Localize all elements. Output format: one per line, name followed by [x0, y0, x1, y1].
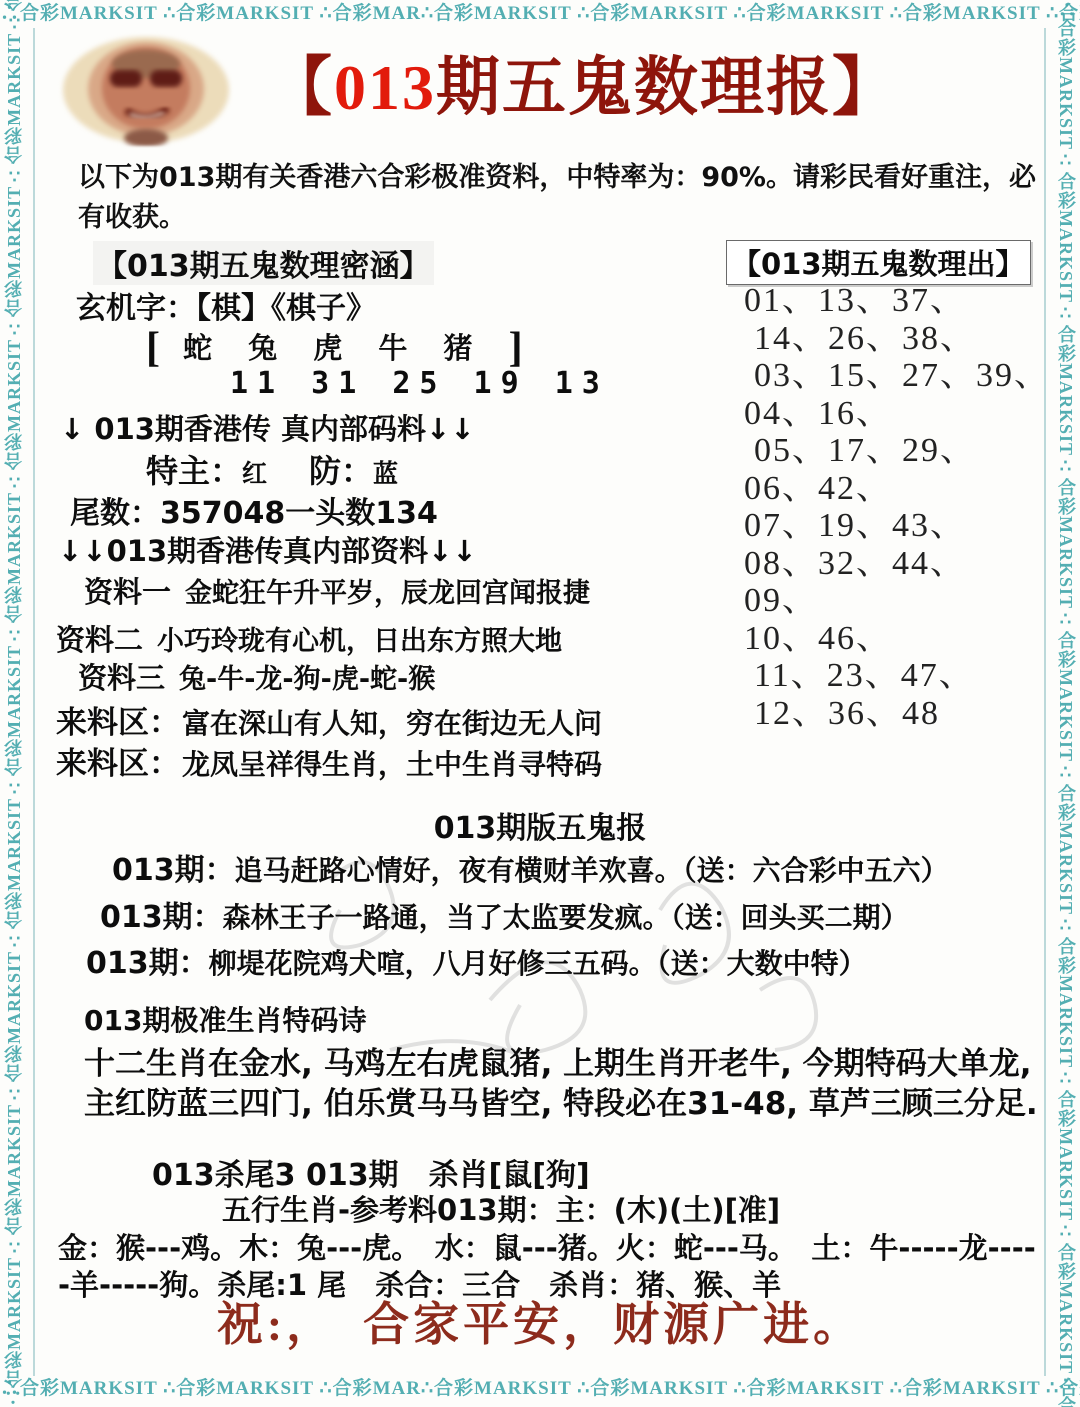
five-elements-header-line: 五行生肖-参考料013期：主：(木)(土)[准]	[222, 1188, 780, 1229]
output-row: 06、42、	[744, 470, 1044, 508]
output-row: 14、26、38、	[744, 320, 1044, 358]
title-issue-number: 013	[334, 52, 436, 123]
incoming-row-2-text: 龙凤呈祥得生肖，土中生肖寻特码	[182, 748, 602, 781]
output-row: 05、17、29、	[744, 432, 1044, 470]
info-row-3-text: 兔-牛-龙-狗-虎-蛇-猴	[179, 664, 435, 695]
info-row-3-label: 资料三	[78, 661, 165, 695]
hk-code-header: ↓ 013期香港传 真内部码料↓↓	[60, 407, 475, 448]
zodiac-close-bracket: ]	[509, 325, 523, 371]
title-main-text: 期五鬼数理报	[436, 52, 832, 123]
output-number-list: 01、13、37、 14、26、38、 03、15、27、39、 04、16、 …	[744, 282, 1044, 732]
zodiac-poem-heading: 013期极准生肖特码诗	[84, 999, 366, 1039]
tezhu-label: 特主：	[146, 452, 242, 490]
title-close-bracket: 】	[832, 52, 898, 123]
five-elements-map-line-1: 金：猴---鸡。木：兔---虎。 水：鼠---猪。火：蛇---马。 土：牛---…	[58, 1226, 1036, 1267]
page-title: 【013期五鬼数理报】	[268, 42, 858, 134]
zodiac-open-bracket: [	[146, 325, 160, 371]
border-pattern-top: ∴合彩MARKSIT ∴合彩MARKSIT ∴合彩MAR∴合彩MARKSIT ∴…	[0, 0, 1080, 30]
info-row-2: 资料二小巧玲珑有心机，日出东方照大地	[56, 618, 562, 659]
ghost-report-line-2-text: 森林王子一路通，当了太监要发疯。（送：回头买二期）	[223, 901, 909, 934]
output-row: 11、23、47、	[744, 657, 1044, 695]
ghost-report-line-3-text: 柳堤花院鸡犬喧，八月好修三五码。（送：大数中特）	[209, 947, 867, 980]
zodiac-list: 蛇 兔 虎 牛 猪	[183, 331, 485, 365]
output-row: 09、	[744, 582, 1044, 620]
ghost-report-heading: 013期版五鬼报	[60, 803, 1020, 847]
fang-label: 防：	[309, 452, 373, 490]
info-row-1-label: 资料一	[84, 575, 171, 609]
output-row: 07、19、43、	[744, 507, 1044, 545]
secret-panel-heading: 【013期五鬼数理密涵】	[93, 241, 434, 285]
border-pattern-bottom: ∴合彩MARKSIT ∴合彩MARKSIT ∴合彩MAR∴合彩MARKSIT ∴…	[0, 1374, 1080, 1407]
output-row: 12、36、48	[744, 695, 1044, 733]
output-row: 10、46、	[744, 620, 1044, 658]
hk-info-header: ↓↓013期香港传真内部资料↓↓	[58, 529, 477, 570]
title-open-bracket: 【	[268, 52, 334, 123]
output-row: 01、13、37、	[744, 282, 1044, 320]
info-row-1: 资料一金蛇狂午升平岁，辰龙回宫闻报捷	[84, 570, 590, 611]
output-row: 08、32、44、	[744, 545, 1044, 583]
incoming-row-1-label: 来料区：	[56, 705, 180, 741]
masthead-portrait-image	[60, 34, 232, 146]
ghost-report-line-1-label: 013期：	[112, 853, 235, 888]
incoming-row-1: 来料区：富在深山有人知，穷在街边无人问	[56, 697, 602, 742]
zodiac-poem-line-1: 十二生肖在金水, 马鸡左右虎鼠猪, 上期生肖开老牛, 今期特码大单龙,	[84, 1038, 1031, 1083]
zodiac-numbers: 11 31 25 19 13	[230, 366, 609, 401]
incoming-row-2-label: 来料区：	[56, 746, 180, 782]
tezhu-value: 红	[242, 459, 267, 488]
ghost-report-line-1-text: 追马赶路心情好，夜有横财羊欢喜。（送：六合彩中五六）	[235, 854, 949, 887]
info-row-2-label: 资料二	[56, 623, 143, 657]
border-pattern-right: ∴合彩MARKSIT∴合彩MARKSIT∴合彩MARKSIT∴合彩MARKSIT…	[1049, 0, 1080, 1407]
zodiac-bracket-line: [ 蛇 兔 虎 牛 猪 ]	[146, 324, 523, 372]
intro-paragraph: 以下为013期有关香港六合彩极准资料，中特率为：90%。请彩民看好重注，必有收获…	[78, 158, 1040, 238]
info-row-2-text: 小巧玲珑有心机，日出东方照大地	[157, 626, 562, 657]
ghost-report-line-3: 013期：柳堤花院鸡犬喧，八月好修三五码。（送：大数中特）	[86, 938, 867, 982]
info-row-1-text: 金蛇狂午升平岁，辰龙回宫闻报捷	[185, 578, 590, 609]
info-row-3: 资料三兔-牛-龙-狗-虎-蛇-猴	[78, 656, 435, 697]
output-row: 03、15、27、39、	[744, 357, 1044, 395]
lottery-tip-sheet: ∴合彩MARKSIT ∴合彩MARKSIT ∴合彩MAR∴合彩MARKSIT ∴…	[0, 0, 1080, 1407]
border-pattern-left: ∴合彩MARKSIT∴合彩MARKSIT∴合彩MARKSIT∴合彩MARKSIT…	[0, 0, 31, 1407]
mystery-word-line: 玄机字：【棋】《棋子》	[76, 283, 376, 327]
ghost-report-line-1: 013期：追马赶路心情好，夜有横财羊欢喜。（送：六合彩中五六）	[112, 845, 949, 889]
fang-value: 蓝	[373, 459, 398, 488]
ghost-report-line-2-label: 013期：	[100, 900, 223, 935]
zodiac-poem-line-2: 主红防蓝三四门, 伯乐赏马马皆空, 特段必在31-48, 草芦三顾三分足.	[84, 1078, 1038, 1123]
inner-frame-line-left	[33, 28, 35, 1376]
incoming-row-2: 来料区：龙凤呈祥得生肖，土中生肖寻特码	[56, 738, 602, 783]
incoming-row-1-text: 富在深山有人知，穷在街边无人问	[182, 707, 602, 740]
output-panel-heading: 【013期五鬼数理出】	[726, 240, 1031, 285]
ghost-report-line-2: 013期：森林王子一路通，当了太监要发疯。（送：回头买二期）	[100, 892, 909, 936]
output-row: 04、16、	[744, 395, 1044, 433]
tail-head-number-line: 尾数：357048一头数134	[70, 488, 438, 532]
special-main-line: 特主：红防：蓝	[146, 446, 398, 492]
inner-frame-line-right	[1044, 28, 1046, 1376]
blessing-line: 祝:， 合家平安，财源广进。	[0, 1288, 1080, 1354]
ghost-report-line-3-label: 013期：	[86, 946, 209, 981]
